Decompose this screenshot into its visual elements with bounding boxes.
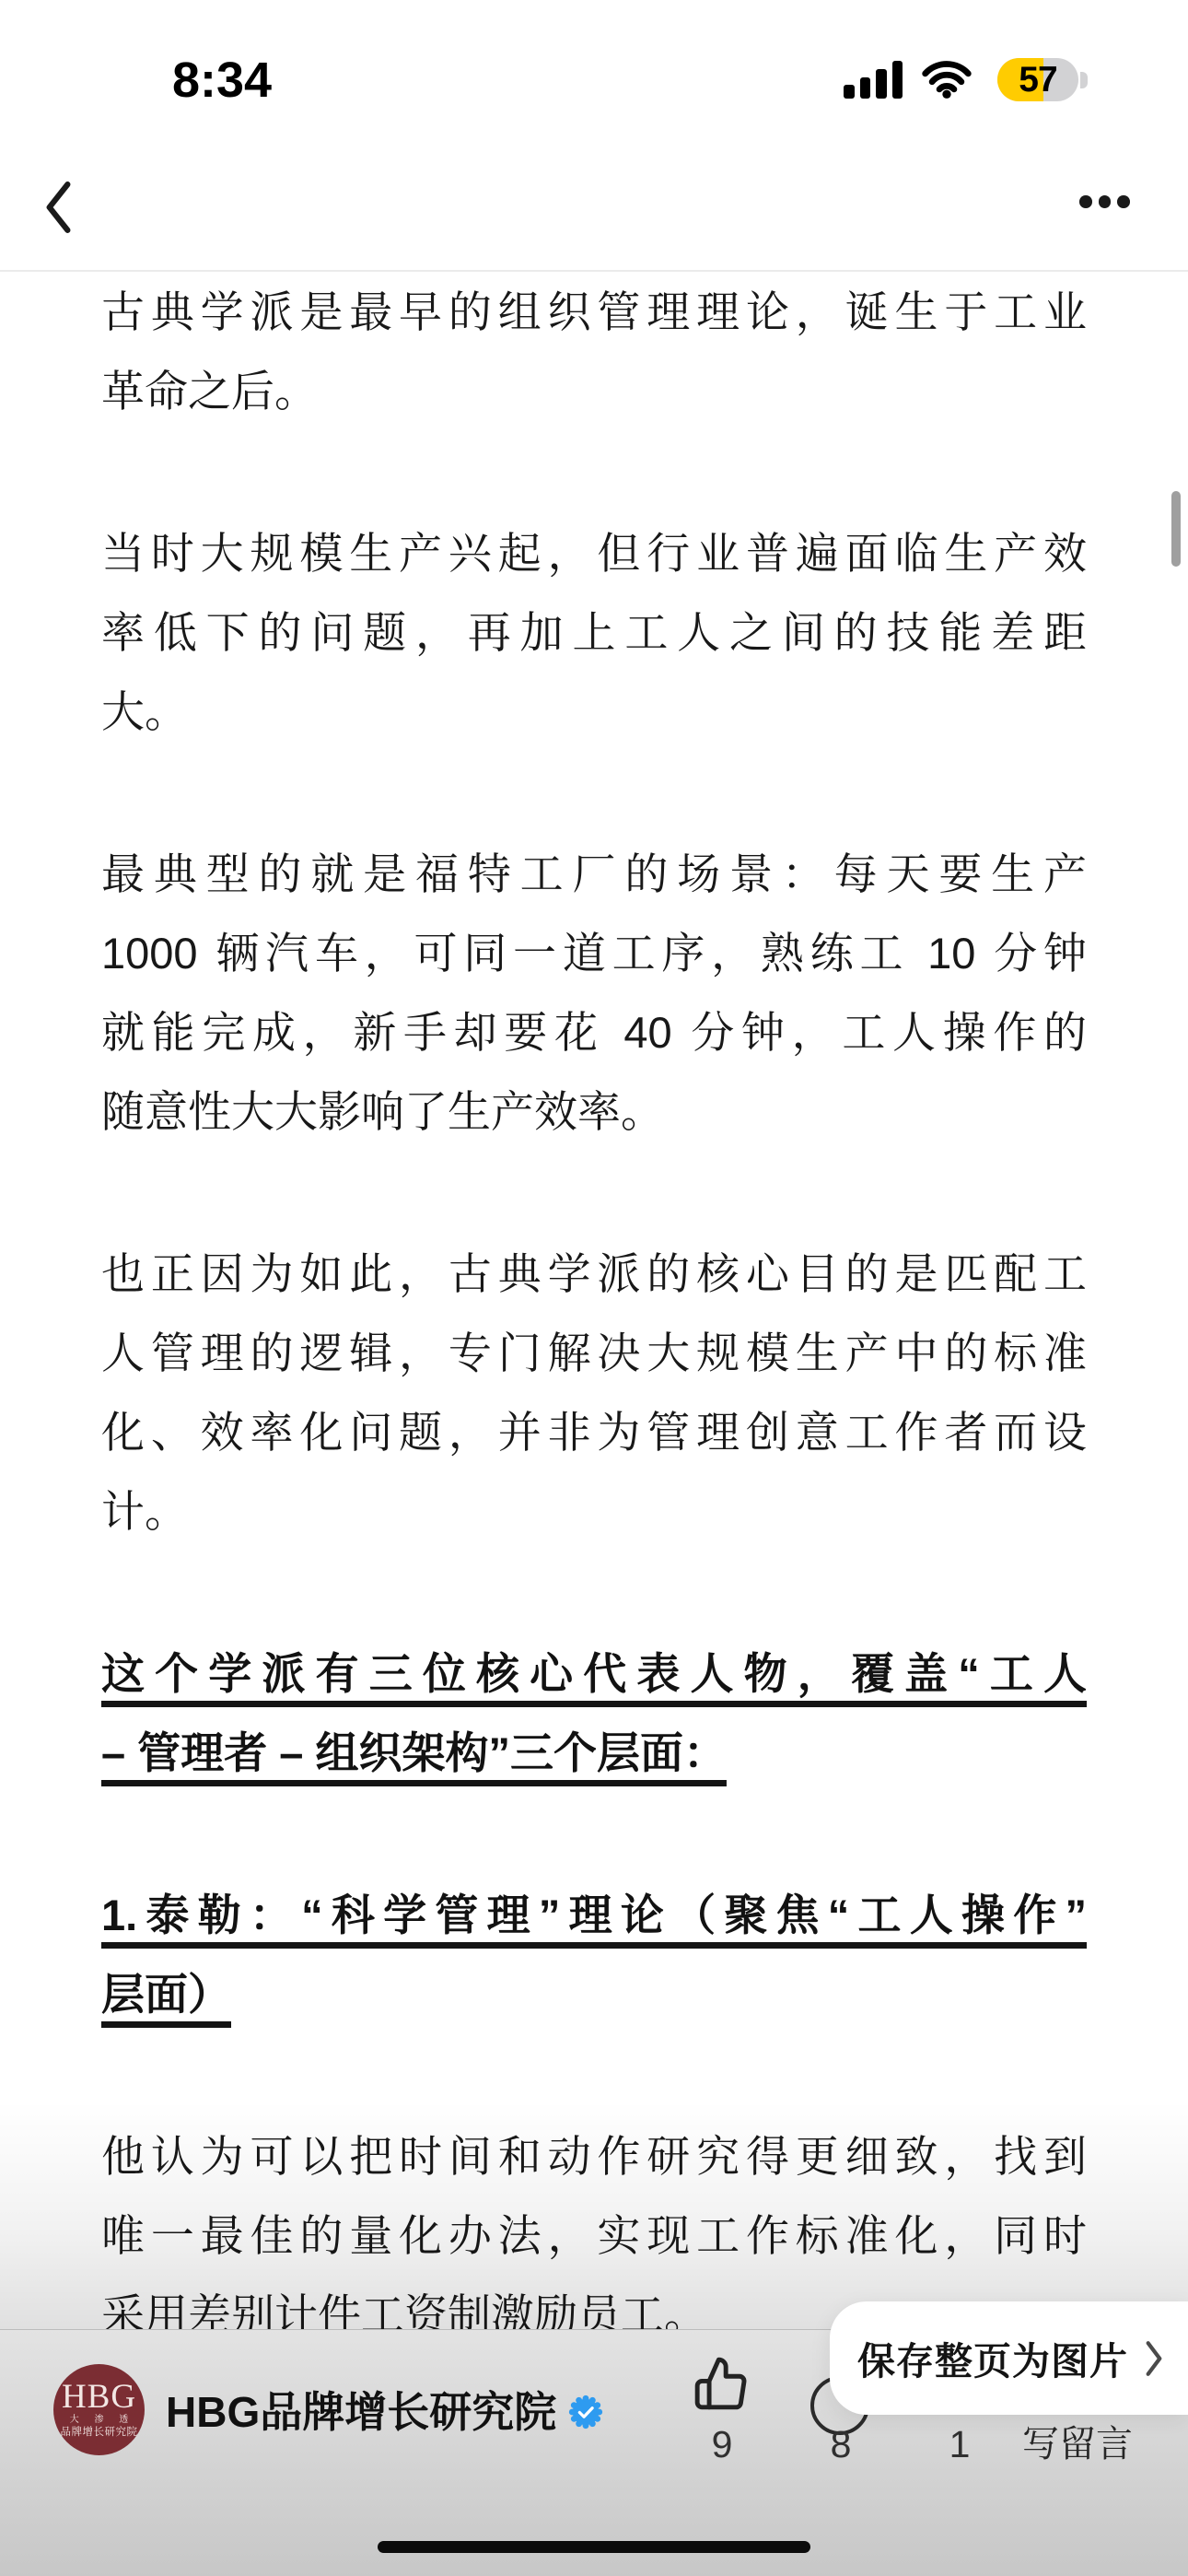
text-line: 就能完成，新手却要花 40 分钟，工人操作的: [101, 993, 1087, 1072]
text-line: 化、效率化问题，并非为管理创意工作者而设: [101, 1393, 1087, 1472]
paragraph: 最典型的就是福特工厂的场景：每天要生产1000 辆汽车，可同一道工序，熟练工 1…: [101, 835, 1087, 1152]
text-line: 人管理的逻辑，专门解决大规模生产中的标准: [101, 1314, 1087, 1393]
scrollbar-thumb[interactable]: [1171, 491, 1181, 567]
wifi-icon: [921, 58, 973, 103]
avatar-logo-subtext: 品牌增长研究院: [61, 2426, 138, 2439]
verified-badge-icon: [568, 2395, 603, 2434]
like-thumbs-up-icon[interactable]: [691, 2355, 751, 2417]
avatar-logo-subtext: 大 渗 透: [70, 2414, 135, 2426]
ellipsis-icon: [1079, 195, 1092, 208]
nav-divider: [0, 270, 1188, 272]
save-page-as-image-button[interactable]: 保存整页为图片: [830, 2301, 1188, 2415]
article-body: 古典学派是最早的组织管理理论，诞生于工业革命之后。 当时大规模生产兴起，但行业普…: [101, 273, 1087, 2438]
clock: 8:34: [130, 52, 314, 109]
signal-bar: [876, 69, 887, 99]
text-line: 最典型的就是福特工厂的场景：每天要生产: [101, 835, 1087, 914]
nav-bar: [0, 147, 1188, 270]
paragraph: 古典学派是最早的组织管理理论，诞生于工业革命之后。: [101, 273, 1087, 431]
like-count[interactable]: 9: [694, 2420, 750, 2468]
text-line: 唯一最佳的量化办法，实现工作标准化，同时: [101, 2196, 1087, 2276]
signal-bar: [892, 61, 903, 99]
text-line: 革命之后。: [101, 352, 1087, 431]
text-line: 计。: [101, 1472, 1087, 1551]
section-heading: 这个学派有三位核心代表人物，覆盖“工人– 管理者 – 组织架构”三个层面：: [101, 1634, 1087, 1793]
text-line: 他认为可以把时间和动作研究得更细致，找到: [101, 2117, 1087, 2196]
paragraph: 也正因为如此，古典学派的核心目的是匹配工人管理的逻辑，专门解决大规模生产中的标准…: [101, 1235, 1087, 1551]
account-avatar[interactable]: HBG 大 渗 透 品牌增长研究院: [53, 2364, 145, 2455]
wow-count[interactable]: 8: [813, 2420, 868, 2468]
account-name[interactable]: HBG品牌增长研究院: [166, 2386, 556, 2438]
paragraph: 当时大规模生产兴起，但行业普遍面临生产效率低下的问题，再加上工人之间的技能差距大…: [101, 514, 1087, 752]
text-line: 1.泰勒：“科学管理”理论（聚焦“工人操作”: [101, 1876, 1087, 1955]
text-line: 层面）: [101, 1955, 1087, 2034]
text-line: 也正因为如此，古典学派的核心目的是匹配工: [101, 1235, 1087, 1314]
text-line: 率低下的问题，再加上工人之间的技能差距: [101, 593, 1087, 673]
signal-bar: [844, 85, 855, 99]
save-button-label: 保存整页为图片: [857, 2331, 1128, 2385]
text-line: 这个学派有三位核心代表人物，覆盖“工人: [101, 1634, 1087, 1714]
favorite-count[interactable]: 1: [932, 2420, 987, 2468]
text-line: 当时大规模生产兴起，但行业普遍面临生产效: [101, 514, 1087, 593]
wechat-article-screen: { "status_bar": { "time": "8:34", "batte…: [0, 0, 1188, 2576]
signal-bar: [860, 77, 871, 99]
cellular-signal-icon: [844, 60, 908, 99]
chevron-right-icon: [1144, 2339, 1164, 2378]
back-button[interactable]: [44, 181, 72, 234]
battery-icon: 57: [997, 58, 1078, 101]
chevron-left-icon: [50, 184, 68, 230]
section-heading: 1.泰勒：“科学管理”理论（聚焦“工人操作”层面）: [101, 1876, 1087, 2034]
more-menu-button[interactable]: [1079, 195, 1130, 208]
text-line: 古典学派是最早的组织管理理论，诞生于工业: [101, 273, 1087, 352]
write-comment-button[interactable]: 写留言: [1013, 2420, 1142, 2468]
home-indicator[interactable]: [378, 2541, 810, 2553]
text-line: – 管理者 – 组织架构”三个层面：: [101, 1714, 1087, 1793]
text-line: 大。: [101, 673, 1087, 752]
status-bar: 8:34 57: [0, 0, 1188, 147]
battery-percent: 57: [997, 58, 1078, 101]
text-line: 1000 辆汽车，可同一道工序，熟练工 10 分钟: [101, 914, 1087, 993]
ellipsis-icon: [1117, 195, 1130, 208]
ellipsis-icon: [1099, 195, 1112, 208]
text-line: 随意性大大影响了生产效率。: [101, 1072, 1087, 1152]
avatar-logo-text: HBG: [62, 2381, 136, 2414]
battery-cap: [1080, 72, 1088, 88]
